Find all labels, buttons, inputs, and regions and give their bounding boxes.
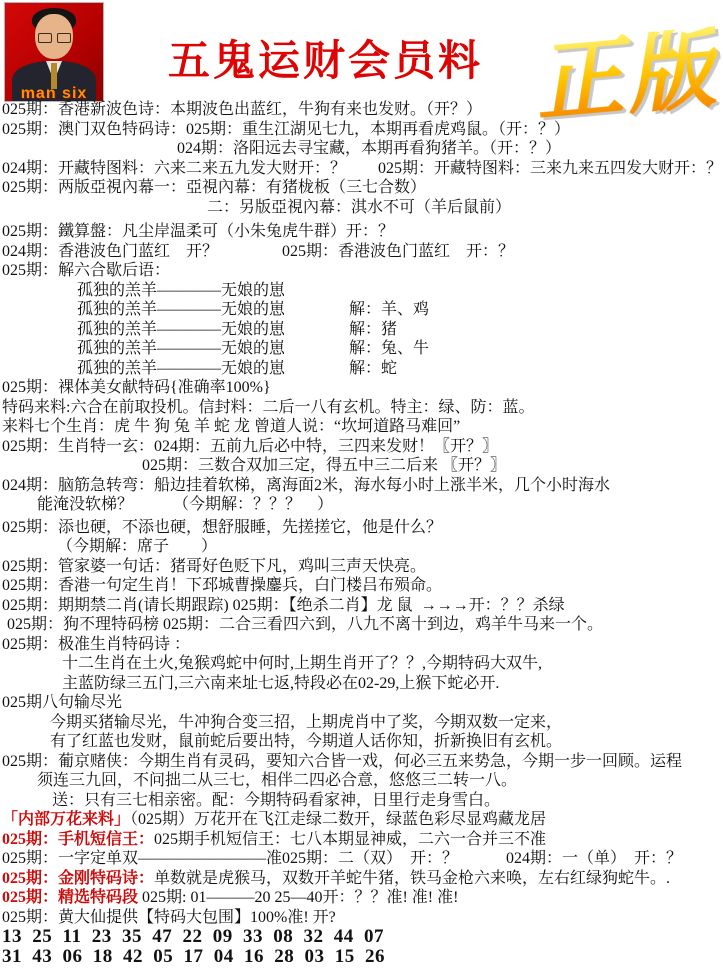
number-row: 31 43 06 18 42 05 17 04 16 28 03 15 26 — [2, 947, 723, 967]
text-line: 025期：管家婆一句话：猪哥好色贬下凡，鸡叫三声天快亮。 — [2, 557, 723, 577]
text-line: 孤独的羔羊————无娘的崽 — [2, 281, 723, 301]
text-line: 孤独的羔羊————无娘的崽 解：蛇 — [2, 359, 723, 379]
text-line: 今期买猪输尽光，牛冲狗合变三招，上期虎肖中了奖，今期双数一定来， — [2, 713, 723, 733]
page-title: 五鬼运财会员料 — [168, 28, 483, 88]
tip-sheet-page: man six 五鬼运财会员料 正版 025期：香港新波色诗：本期波色出蓝红，牛… — [0, 0, 723, 970]
text-line: 有了红蓝也发财，鼠前蛇后要出特，今期道人话你知，折新换旧有玄机。 — [2, 732, 723, 752]
text-line: 送：只有三七相亲密。配：今期特码看家神，日里行走身雪白。 — [2, 791, 723, 811]
glasses-left-icon — [38, 33, 52, 43]
text-line: 025期：极准生肖特码诗 ： — [2, 635, 723, 655]
text-line: 024期：洛阳远去寻宝藏，本期再看狗猪羊。（开：？） — [2, 139, 723, 159]
red-label: 025期：精选特码段 — [2, 889, 142, 906]
text-line: 025期：葡京赌侠：今期生肖有灵码，要知六合皆一戏，何必三五来势急，今期一步一回… — [2, 752, 723, 772]
portrait-photo: man six — [4, 2, 104, 102]
text-line: 025期：精选特码段 025期: 01———20 25—40开：？？准! 准! … — [2, 888, 723, 908]
text-line: 025期：解六合歇后语： — [2, 261, 723, 281]
text-line: 025期：香港新波色诗：本期波色出蓝红，牛狗有来也发财。（开？） — [2, 100, 723, 120]
text-line: 025期：澳门双色特码诗：025期：重生江湖见七九，本期再看虎鸡鼠。（开：？） — [2, 120, 723, 140]
text-line: 024期：脑筋急转弯：船边挂着软梯，离海面2米，海水每小时上涨半米，几个小时海水 — [2, 476, 723, 496]
text-line: 「内部万花来料」（025期）万花开在飞江走绿二数开，绿蓝色彩尽显鸡藏龙居 — [2, 810, 723, 830]
number-row: 13 25 11 23 35 47 22 09 33 08 32 44 07 — [2, 927, 723, 947]
text-line: 孤独的羔羊————无娘的崽 解：羊、鸡 — [2, 300, 723, 320]
text-line: 来料七个生肖：虎 牛 狗 兔 羊 蛇 龙 曾道人说：“坎坷道路马难回” — [2, 417, 723, 437]
text-line: 025期八句输尽光 — [2, 693, 723, 713]
text-line: 024期：开藏特图料：六来二来五九发大财开：？ 025期：开藏特图料：三来九来五… — [2, 159, 723, 179]
text-line: 025期：手机短信王：025期手机短信王：七八本期显神威，二六一合并三不准 — [2, 830, 723, 850]
red-label: 「内部万花来料」 — [2, 811, 130, 828]
glasses-right-icon — [57, 33, 71, 43]
text-line: 二：另版亞視內幕：淇水不可（羊后鼠前） — [2, 198, 723, 218]
text-line: 孤独的羔羊————无娘的崽 解：猪 — [2, 320, 723, 340]
text-line: 主蓝防绿三五门,三六南来址七返,特段必在02-29,上猴下蛇必开. — [2, 674, 723, 694]
text-line: 须连三九回，不问拙二从三七，相伴二四必合意，悠悠三二转一八。 — [2, 771, 723, 791]
text-line: 025期：两版亞視內幕一：亞視內幕：有猪栊板（三七合数） — [2, 178, 723, 198]
text-line: 025期：添也硬，不添也硬，想舒服睡，先搓搓它，他是什么？ — [2, 518, 723, 538]
text-line: 025期：香港一句定生肖！下邳城曹操鏖兵，白门楼吕布殒命。 — [2, 576, 723, 596]
red-label: 025期：金刚特码诗： — [2, 870, 154, 887]
text-line: 025期：裸体美女献特码{准确率100%} — [2, 378, 723, 398]
text-line: 025期：鐵算盤：凡尘岸温柔可（小朱兔虎牛群）开：？ — [2, 222, 723, 242]
red-label: 025期：手机短信王： — [2, 831, 154, 848]
text-line: 025期：一字定单双————————准025期：二（双） 开：？ 024期：一（… — [2, 849, 723, 869]
text-line: 能淹没软梯？ （今期解：？？？ ） — [2, 495, 723, 515]
text-line: 十二生肖在土火,兔猴鸡蛇中何时,上期生肖开了？？,今期特码大双牛, — [2, 654, 723, 674]
body-text: 025期：香港新波色诗：本期波色出蓝红，牛狗有来也发财。（开？） 025期：澳门… — [2, 100, 723, 966]
text-line: 孤独的羔羊————无娘的崽 解：兔、牛 — [2, 339, 723, 359]
text-line: 025期：生肖特一玄：024期：五前九后必中特，三四来发财！〖开？〗 — [2, 437, 723, 457]
text-line: 025期：黄大仙提供【特码大包围】100%准! 开? — [2, 908, 723, 928]
text-line: 025期：期期禁二肖(请长期跟踪) 025期：【绝杀二肖】龙 鼠 →→→开：？？… — [2, 596, 723, 616]
text-line: 025期：狗不理特码榜 025期：二合三看四六到，八九不离十到边，鸡羊牛马来一个… — [2, 615, 723, 635]
text-line: 特码来料:六合在前取投机。信封料：二后一八有玄机。特主：绿、防：蓝。 — [2, 398, 723, 418]
text-line: （今期解：席子 ） — [2, 537, 723, 557]
text-line: 025期：三数合双加三定，得五中三二后来 〖开？〗 — [2, 456, 723, 476]
text-line: 024期：香港波色门蓝红 开？ 025期：香港波色门蓝红 开：？ — [2, 242, 723, 262]
text-line: 025期：金刚特码诗：单数就是虎猴马，双数开羊蛇牛猪，铁马金枪六来唤，左右红绿狗… — [2, 869, 723, 889]
